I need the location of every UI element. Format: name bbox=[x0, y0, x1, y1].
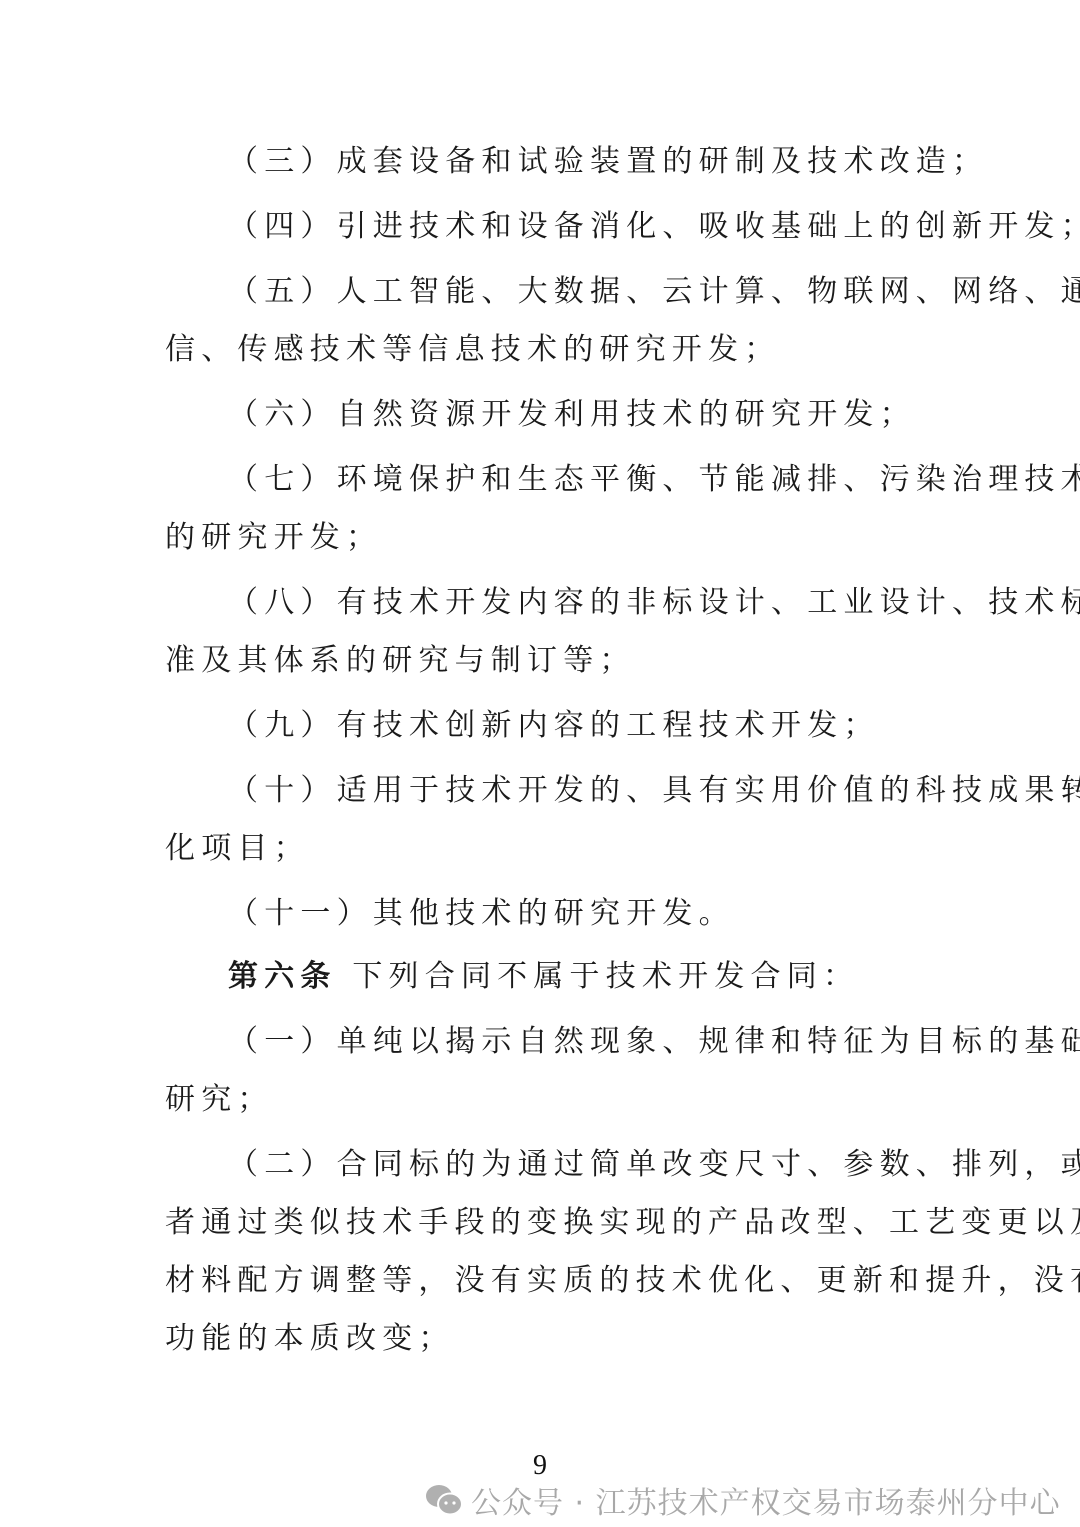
paragraph-line: （十）适用于技术开发的、具有实用价值的科技成果转 bbox=[228, 771, 988, 811]
paragraph-line: （八）有技术开发内容的非标设计、工业设计、技术标 bbox=[228, 583, 988, 623]
paragraph-line: 功能的本质改变； bbox=[165, 1319, 925, 1359]
wechat-watermark: 公众号 · 江苏技术产权交易市场泰州分中心 bbox=[425, 1478, 1061, 1522]
paragraph-line: （六）自然资源开发利用技术的研究开发； bbox=[228, 395, 988, 435]
paragraph-line: （五）人工智能、大数据、云计算、物联网、网络、通 bbox=[228, 272, 988, 312]
wechat-icon bbox=[425, 1483, 463, 1517]
paragraph-line: （二）合同标的为通过简单改变尺寸、参数、排列，或 bbox=[228, 1145, 988, 1185]
article-heading: 第六条 下列合同不属于技术开发合同： bbox=[228, 957, 988, 997]
paragraph-line: 研究； bbox=[165, 1080, 925, 1120]
paragraph-line: （十一）其他技术的研究开发。 bbox=[228, 894, 988, 934]
paragraph-line: （三）成套设备和试验装置的研制及技术改造； bbox=[228, 142, 988, 182]
paragraph-line: 材料配方调整等，没有实质的技术优化、更新和提升，没有 bbox=[165, 1261, 925, 1301]
paragraph-line: 化项目； bbox=[165, 829, 925, 869]
paragraph-line: 准及其体系的研究与制订等； bbox=[165, 641, 925, 681]
article-text: 下列合同不属于技术开发合同： bbox=[337, 959, 860, 994]
paragraph-line: （一）单纯以揭示自然现象、规律和特征为目标的基础 bbox=[228, 1022, 988, 1062]
paragraph-line: 的研究开发； bbox=[165, 518, 925, 558]
paragraph-line: （七）环境保护和生态平衡、节能减排、污染治理技术 bbox=[228, 460, 988, 500]
paragraph-line: （九）有技术创新内容的工程技术开发； bbox=[228, 706, 988, 746]
paragraph-line: 信、传感技术等信息技术的研究开发； bbox=[165, 330, 925, 370]
paragraph-line: 者通过类似技术手段的变换实现的产品改型、工艺变更以及 bbox=[165, 1203, 925, 1243]
paragraph-line: （四）引进技术和设备消化、吸收基础上的创新开发； bbox=[228, 207, 988, 247]
article-label: 第六条 bbox=[228, 959, 337, 994]
watermark-text: 公众号 · 江苏技术产权交易市场泰州分中心 bbox=[471, 1478, 1061, 1522]
